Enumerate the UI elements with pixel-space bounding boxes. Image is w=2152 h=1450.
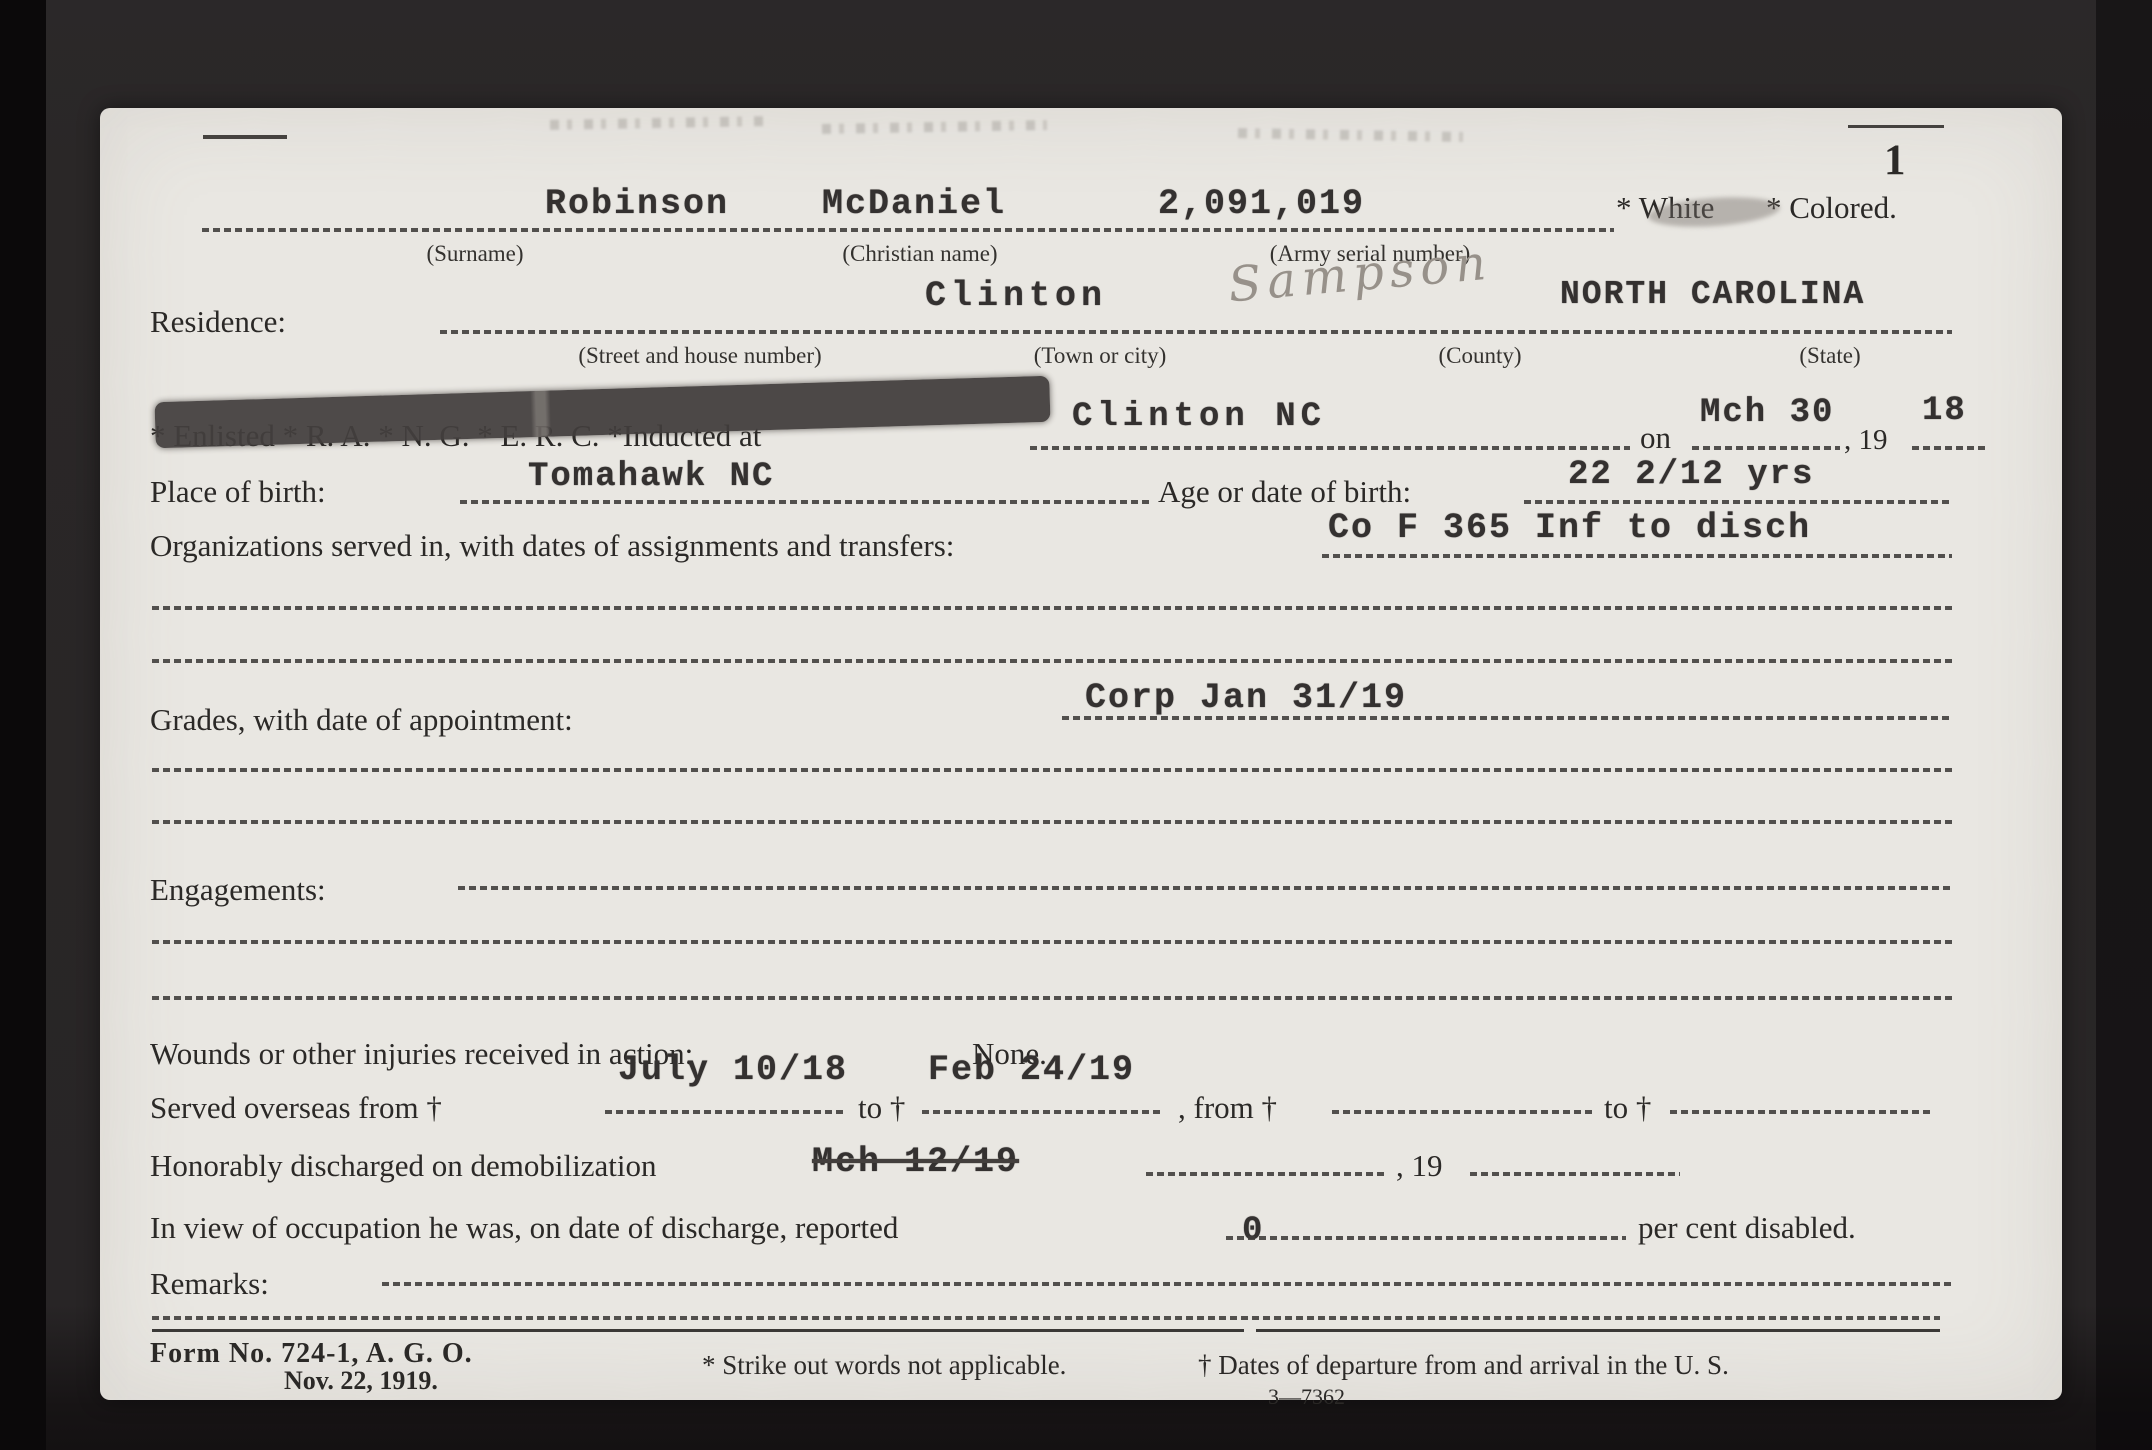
faint-pencil-marks bbox=[822, 120, 1047, 134]
organizations-label: Organizations served in, with dates of a… bbox=[150, 528, 954, 564]
scanned-service-card-page: { "page_number": "1", "header": { "surna… bbox=[0, 0, 2152, 1450]
age-label: Age or date of birth: bbox=[1158, 474, 1411, 510]
disability-label: In view of occupation he was, on date of… bbox=[150, 1210, 898, 1246]
discharge-date-struck-value: Mch 12/19 bbox=[812, 1142, 1019, 1182]
overseas-from1-fill-line bbox=[605, 1110, 847, 1114]
overseas-to1-label: to † bbox=[858, 1090, 905, 1126]
bottom-solid-rule bbox=[1256, 1329, 1940, 1332]
grades-blank-line bbox=[152, 768, 1952, 772]
discharge-year-label: , 19 bbox=[1396, 1148, 1443, 1184]
scan-right-shadow-strip bbox=[2096, 0, 2152, 1450]
disability-value: 0 bbox=[1242, 1212, 1264, 1250]
form-date: Nov. 22, 1919. bbox=[284, 1366, 438, 1396]
page-number: 1 bbox=[1884, 136, 1906, 185]
faint-pencil-marks bbox=[550, 116, 765, 130]
scan-left-black-strip bbox=[0, 0, 46, 1450]
serial-number-value: 2,091,019 bbox=[1158, 184, 1365, 224]
name-fill-line bbox=[202, 228, 1614, 232]
faint-pencil-marks bbox=[1238, 128, 1463, 142]
town-caption: (Town or city) bbox=[980, 343, 1220, 369]
overseas-from2-fill-line bbox=[1332, 1110, 1592, 1114]
organizations-value: Co F 365 Inf to disch bbox=[1328, 508, 1811, 548]
discharge-year-fill-line bbox=[1470, 1172, 1680, 1176]
christian-name-value: McDaniel bbox=[822, 184, 1006, 224]
engagements-blank-line bbox=[152, 996, 1952, 1000]
engagements-fill-line bbox=[458, 886, 1952, 890]
top-left-mark bbox=[203, 135, 287, 139]
disability-suffix-label: per cent disabled. bbox=[1638, 1210, 1856, 1246]
overseas-to1-value: Feb 24/19 bbox=[928, 1050, 1135, 1090]
residence-state-value: NORTH CAROLINA bbox=[1560, 276, 1865, 313]
remarks-label: Remarks: bbox=[150, 1266, 269, 1302]
grades-value: Corp Jan 31/19 bbox=[1085, 678, 1407, 718]
wounds-label: Wounds or other injuries received in act… bbox=[150, 1036, 693, 1072]
engagements-label: Engagements: bbox=[150, 872, 326, 908]
print-code: 3—7362 bbox=[1268, 1384, 1345, 1410]
christian-name-caption: (Christian name) bbox=[795, 241, 1045, 267]
age-value: 22 2/12 yrs bbox=[1568, 456, 1814, 494]
strike-note: * Strike out words not applicable. bbox=[702, 1350, 1066, 1381]
overseas-to2-fill-line bbox=[1670, 1110, 1932, 1114]
grades-blank-line bbox=[152, 820, 1952, 824]
residence-fill-line bbox=[440, 330, 1952, 334]
place-of-birth-fill-line bbox=[460, 500, 1150, 504]
engagements-blank-line bbox=[152, 940, 1952, 944]
age-fill-line bbox=[1524, 500, 1952, 504]
street-caption: (Street and house number) bbox=[550, 343, 850, 369]
service-record-card: 1 Robinson McDaniel 2,091,019 * White * … bbox=[100, 108, 2062, 1400]
disability-fill-line bbox=[1226, 1236, 1626, 1240]
place-of-birth-value: Tomahawk NC bbox=[528, 458, 774, 496]
overseas-to1-fill-line bbox=[922, 1110, 1162, 1114]
state-caption: (State) bbox=[1730, 343, 1930, 369]
residence-label: Residence: bbox=[150, 304, 286, 340]
inducted-fill-line bbox=[1030, 446, 1630, 450]
organizations-fill-line bbox=[1322, 554, 1952, 558]
organizations-blank-line bbox=[152, 659, 1952, 663]
discharge-label: Honorably discharged on demobilization bbox=[150, 1148, 657, 1184]
page-number-rule bbox=[1848, 125, 1944, 128]
residence-town-value: Clinton bbox=[925, 276, 1107, 316]
organizations-blank-line bbox=[152, 606, 1952, 610]
place-of-birth-label: Place of birth: bbox=[150, 474, 326, 510]
year-19-label: , 19 bbox=[1844, 424, 1888, 457]
induction-date-fill-line bbox=[1692, 446, 1840, 450]
race-colored-label: * Colored. bbox=[1766, 190, 1897, 226]
surname-caption: (Surname) bbox=[375, 241, 575, 267]
induction-year-value: 18 bbox=[1922, 392, 1967, 430]
dagger-note: † Dates of departure from and arrival in… bbox=[1198, 1350, 1729, 1381]
overseas-from1-label: Served overseas from † bbox=[150, 1090, 442, 1126]
overseas-from2-label: , from † bbox=[1178, 1090, 1277, 1126]
induction-date-value: Mch 30 bbox=[1700, 394, 1834, 432]
surname-value: Robinson bbox=[545, 184, 729, 224]
county-caption: (County) bbox=[1380, 343, 1580, 369]
discharge-fill-line bbox=[1146, 1172, 1386, 1176]
bottom-dotted-line bbox=[152, 1316, 1940, 1320]
grades-label: Grades, with date of appointment: bbox=[150, 702, 573, 738]
overseas-to2-label: to † bbox=[1604, 1090, 1651, 1126]
bottom-solid-rule bbox=[152, 1329, 1244, 1332]
overseas-from1-value: July 10/18 bbox=[618, 1050, 848, 1090]
inducted-place-value: Clinton NC bbox=[1072, 398, 1326, 436]
induction-year-fill-line bbox=[1912, 446, 1988, 450]
grades-fill-line bbox=[1062, 716, 1952, 720]
remarks-fill-line bbox=[382, 1282, 1952, 1286]
on-label: on bbox=[1640, 420, 1671, 456]
